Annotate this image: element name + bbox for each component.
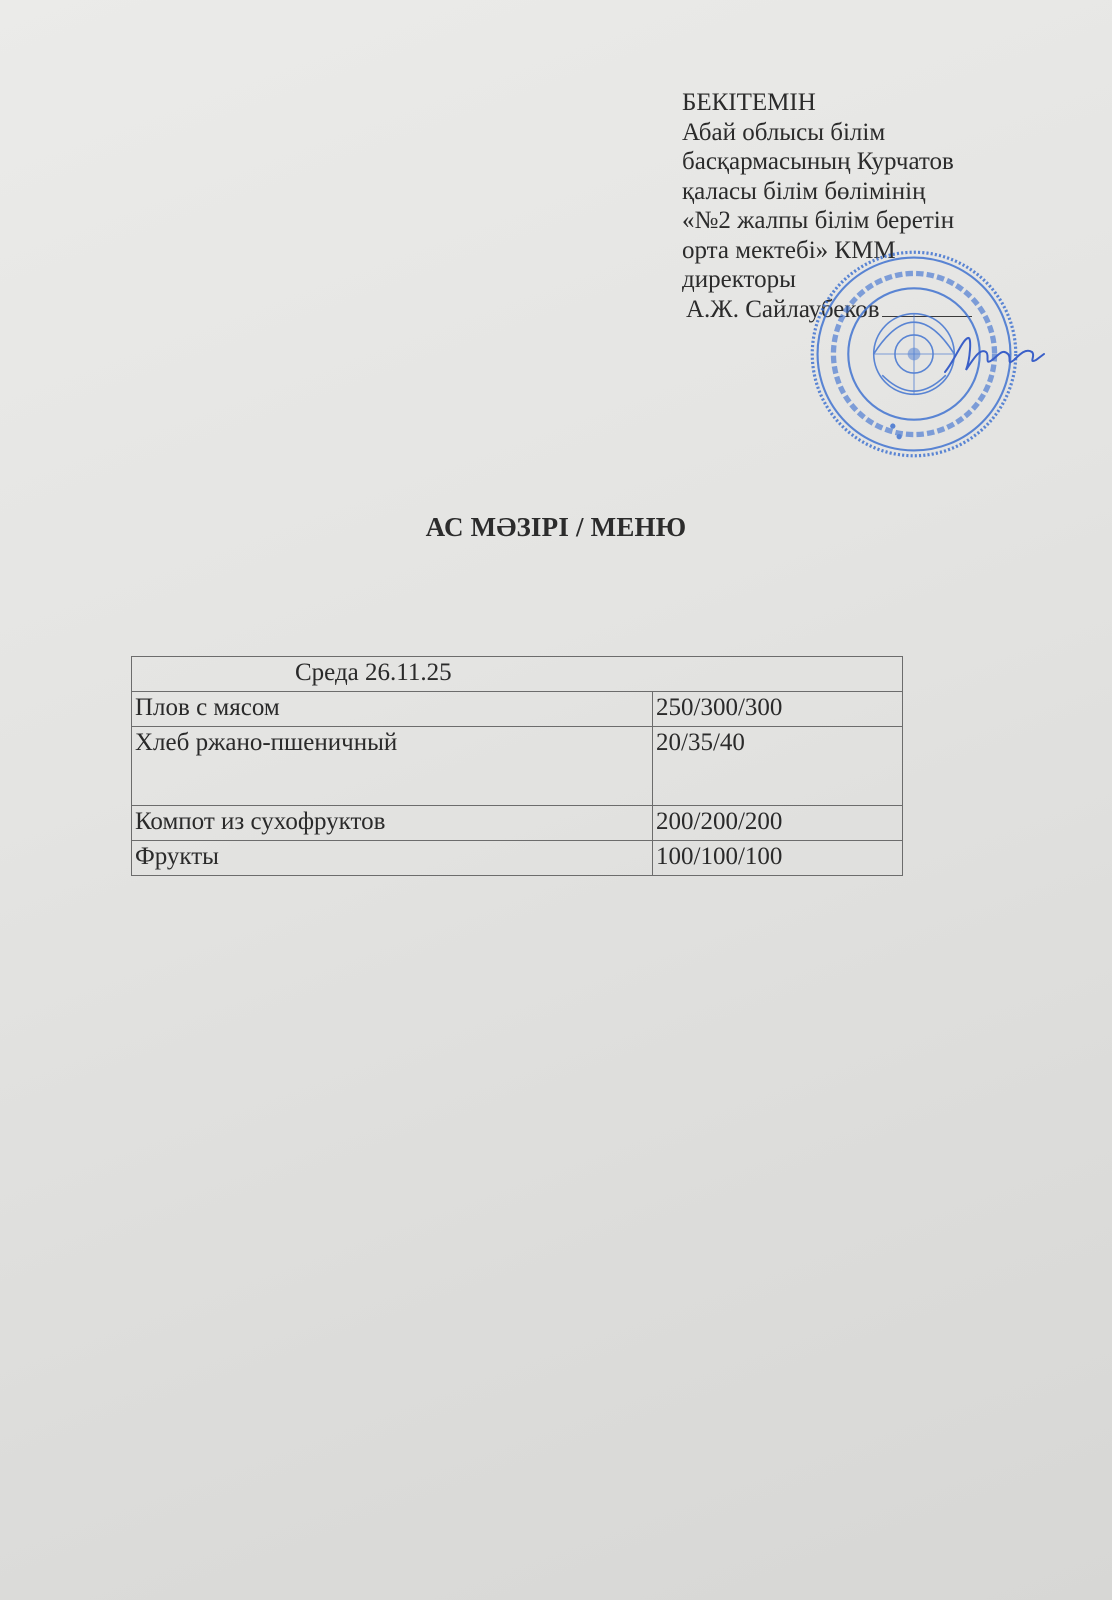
approval-line: орта мектебі» КММ: [682, 236, 1082, 266]
approval-line: Абай облысы білім: [682, 118, 1082, 148]
table-row: Плов с мясом 250/300/300: [132, 692, 903, 727]
dish-name: Плов с мясом: [132, 692, 653, 727]
table-header-row: Среда 26.11.25: [132, 657, 903, 692]
signature-underline: [882, 315, 972, 317]
table-row: Компот из сухофруктов 200/200/200: [132, 806, 903, 841]
approval-line: қаласы білім бөлімінің: [682, 177, 1082, 207]
page-title: АС МӘЗІРІ / МЕНЮ: [0, 512, 1112, 543]
approval-line: басқармасының Курчатов: [682, 147, 1082, 177]
portion-size: 100/100/100: [653, 841, 903, 876]
day-date-header: Среда 26.11.25: [132, 657, 903, 692]
director-signature-line: А.Ж. Сайлаубеков: [682, 295, 1082, 325]
signature-icon: [940, 330, 1050, 380]
portion-size: 250/300/300: [653, 692, 903, 727]
portion-size: 200/200/200: [653, 806, 903, 841]
approval-line: директоры: [682, 265, 1082, 295]
table-row: Фрукты 100/100/100: [132, 841, 903, 876]
dish-name: Фрукты: [132, 841, 653, 876]
menu-table: Среда 26.11.25 Плов с мясом 250/300/300 …: [131, 656, 903, 876]
approval-block: БЕКІТЕМІН Абай облысы білім басқармасыны…: [682, 88, 1082, 324]
table-row: Хлеб ржано-пшеничный 20/35/40: [132, 727, 903, 806]
approval-heading: БЕКІТЕМІН: [682, 88, 1082, 118]
director-name: А.Ж. Сайлаубеков: [686, 296, 880, 323]
dish-name: Хлеб ржано-пшеничный: [132, 727, 653, 806]
portion-size: 20/35/40: [653, 727, 903, 806]
dish-name: Компот из сухофруктов: [132, 806, 653, 841]
approval-line: «№2 жалпы білім беретін: [682, 206, 1082, 236]
